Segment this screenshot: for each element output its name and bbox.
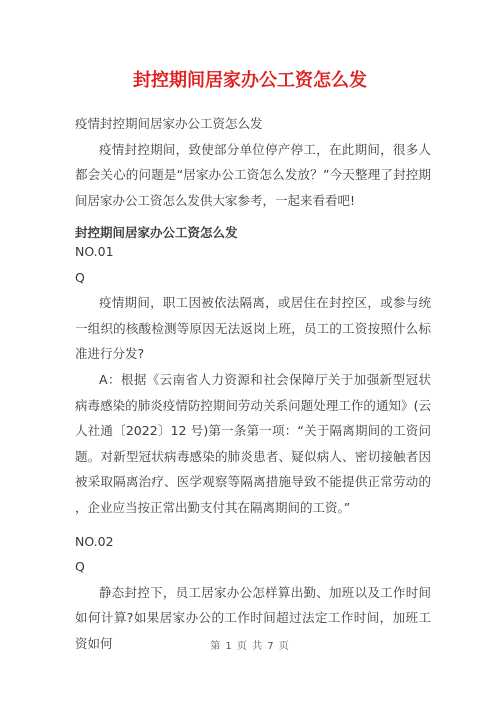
page-number-footer: 第 1 页 共 7 页 <box>0 640 500 654</box>
qa2-q-label: Q <box>75 554 431 580</box>
qa2-number: NO.02 <box>75 529 431 555</box>
qa1-answer: A：根据《云南省人力资源和社会保障厅关于加强新型冠状病毒感染的肺炎疫情防控期间劳… <box>75 367 431 521</box>
document-body: 疫情封控期间居家办公工资怎么发 疫情封控期间，致使部分单位停产停工，在此期间，很… <box>75 111 431 656</box>
intro-heading: 疫情封控期间居家办公工资怎么发 <box>75 111 431 137</box>
qa1-q-label: Q <box>75 265 431 291</box>
document-title: 封控期间居家办公工资怎么发 <box>0 0 500 92</box>
document-page: 封控期间居家办公工资怎么发 疫情封控期间居家办公工资怎么发 疫情封控期间，致使部… <box>0 0 500 707</box>
intro-paragraph: 疫情封控期间，致使部分单位停产停工，在此期间，很多人都会关心的问题是“居家办公工… <box>75 137 431 214</box>
qa1-question: 疫情期间，职工因被依法隔离，或居住在封控区，或参与统一组织的核酸检测等原因无法返… <box>75 290 431 367</box>
